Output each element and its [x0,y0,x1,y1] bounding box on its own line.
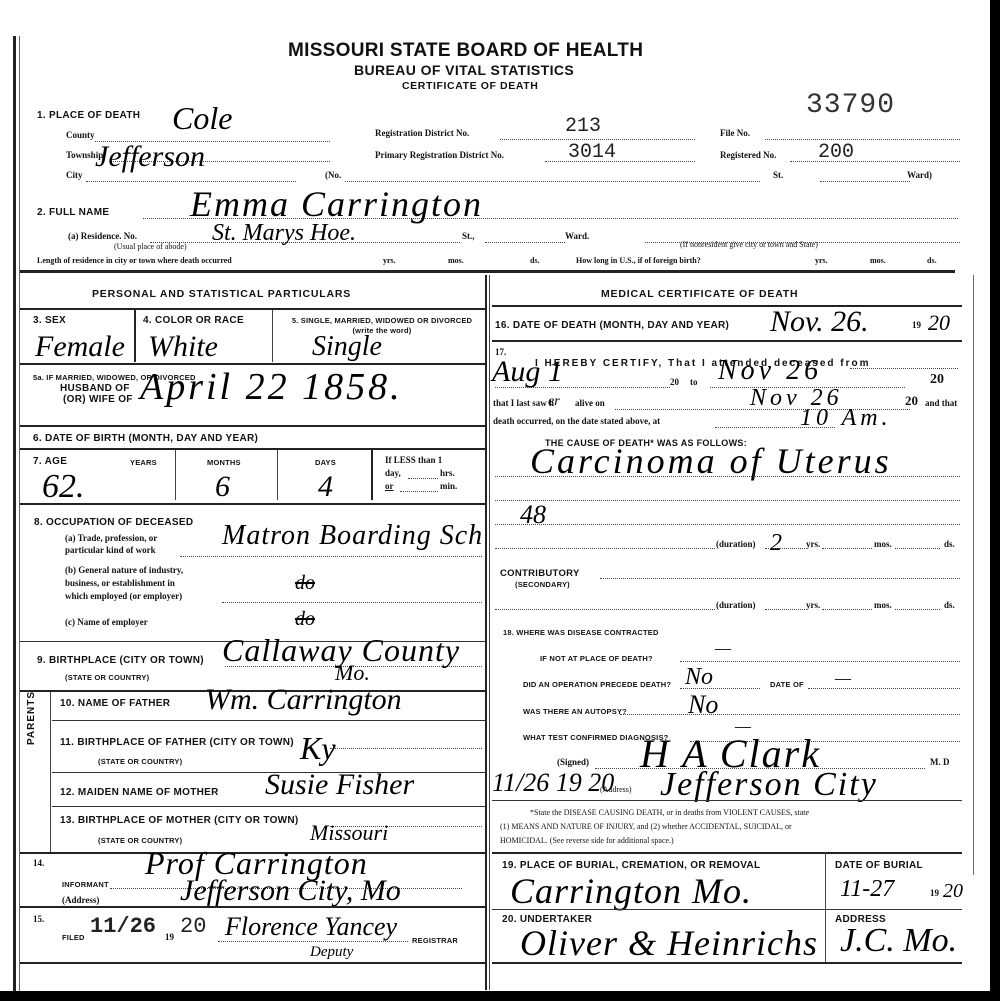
contributory-mos-label: mos. [874,600,892,610]
to-label: to [690,377,698,387]
file-no-label: File No. [720,128,750,138]
occupation-c-label: (c) Name of employer [65,617,148,627]
footnote-line-3: HOMICIDAL. (See reverse side for additio… [500,836,674,845]
deputy-value: Deputy [310,944,353,961]
filed-label: FILED [62,933,85,942]
less-hrs-label: hrs. [440,468,455,478]
father-birthplace-value: Ky [300,730,336,767]
footnote-line-2: (1) MEANS AND NATURE OF INJURY, and (2) … [500,822,792,831]
registration-district-label: Registration District No. [375,128,469,138]
date-of-birth-label: 6. DATE OF BIRTH (MONTH, DAY AND YEAR) [33,433,258,444]
county-label: County [66,130,95,140]
occupation-label: 8. OCCUPATION OF DECEASED [34,517,193,528]
mother-birthplace-state-label: (STATE OR COUNTRY) [98,836,182,845]
signed-label: (Signed) [557,757,589,767]
residence-label: (a) Residence. No. [68,231,137,241]
occupation-c-value: do [295,608,315,631]
filed-year-value: 20 [180,914,206,939]
where-contracted-label: 18. WHERE WAS DISEASE CONTRACTED [503,628,659,637]
filed-year-prefix: 19 [165,932,174,942]
age-years-value: 62. [42,468,85,506]
residence-street-label: St., [462,231,475,241]
less-min-label: min. [440,481,457,491]
informant-address-label: (Address) [62,895,99,905]
burial-place-value: Carrington Mo. [510,870,752,912]
nonresident-note: (If nonresident give city or town and St… [680,240,818,249]
primary-district-value: 3014 [568,141,616,164]
occupation-b-label-3: which employed (or employer) [65,591,182,601]
us-ds-label: ds. [927,256,937,265]
duration-mos-label: mos. [874,539,892,549]
death-certificate: MISSOURI STATE BOARD OF HEALTH BUREAU OF… [0,0,1000,1001]
and-that-label: and that [925,398,957,408]
duration-ds-label: ds. [944,539,955,549]
usual-abode-note: (Usual place of abode) [114,242,187,251]
operation-label: DID AN OPERATION PRECEDE DEATH? [523,680,671,689]
certificate-title: CERTIFICATE OF DEATH [402,80,538,92]
us-yrs-label: yrs. [815,256,828,265]
attended-to-value: Nov 26 [718,355,822,387]
cause-line-2-value: 48 [520,500,546,530]
less-or-label: or [385,481,394,491]
if-not-place-label: IF NOT AT PLACE OF DEATH? [540,654,653,663]
burial-date-label: DATE OF BURIAL [835,860,923,871]
how-long-in-us-label: How long in U.S., if of foreign birth? [576,256,701,265]
registered-no-value: 200 [818,141,854,164]
house-no-label: (No. [325,170,341,180]
secondary-label: (SECONDARY) [515,580,570,589]
length-of-residence-label: Length of residence in city or town wher… [37,256,232,265]
months-label: MONTHS [207,458,241,467]
alive-on-label: alive on [575,398,605,408]
contributory-duration-label: (duration) [716,600,756,610]
days-label: DAYS [315,458,336,467]
occupation-a-label-2: particular kind of work [65,545,156,555]
marital-status-value: Single [312,331,382,363]
registration-district-value: 213 [565,115,601,138]
dod-year-value: 20 [928,310,950,336]
father-birthplace-label: 11. BIRTHPLACE OF FATHER (CITY OR TOWN) [60,737,294,748]
duration-yrs-label: yrs. [806,539,820,549]
age-months-value: 6 [215,470,230,504]
mother-name-label: 12. MAIDEN NAME OF MOTHER [60,787,219,798]
signed-date-value: 11/26 19 20 [492,768,614,798]
personal-section-title: PERSONAL AND STATISTICAL PARTICULARS [92,288,351,300]
last-saw-label: that I last saw h [493,398,554,408]
contributory-yrs-label: yrs. [806,600,820,610]
residence-yrs-label: yrs. [383,256,396,265]
father-name-label: 10. NAME OF FATHER [60,698,170,709]
city-label: City [66,170,83,180]
to-year-value: 20 [930,372,944,388]
residence-ward-label: Ward. [565,231,589,241]
bottom-scan-edge [0,991,1000,1001]
spouse-value: April 22 1858. [140,365,403,409]
duration-value: 2 [770,530,782,557]
primary-district-label: Primary Registration District No. [375,150,504,160]
operation-date-label: DATE OF [770,680,804,689]
mother-name-value: Susie Fisher [265,768,414,802]
us-mos-label: mos. [870,256,886,265]
informant-label: INFORMANT [62,880,109,889]
medical-section-title: MEDICAL CERTIFICATE OF DEATH [601,288,798,300]
duration-label: (duration) [716,539,756,549]
autopsy-value: No [688,690,718,720]
contributory-ds-label: ds. [944,600,955,610]
race-label: 4. COLOR OR RACE [143,315,244,326]
death-time-value: 10 Am. [800,405,892,432]
residence-mos-label: mos. [448,256,464,265]
operation-value: No [685,664,713,691]
mother-birthplace-value: Missouri [310,820,388,846]
occupation-b-value: do [295,572,315,595]
registrar-label: REGISTRAR [412,936,458,945]
city-value: Jefferson [95,140,205,174]
full-name-value: Emma Carrington [190,183,483,225]
death-occurred-label: death occurred, on the date stated above… [493,416,660,426]
registered-no-label: Registered No. [720,150,776,160]
physician-address-label: (Address) [600,785,632,794]
sex-value: Female [35,330,125,364]
birthplace-state-label: (STATE OR COUNTRY) [65,673,149,682]
sex-label: 3. SEX [33,315,66,326]
burial-year-value: 20 [943,880,963,903]
mother-birthplace-label: 13. BIRTHPLACE OF MOTHER (CITY OR TOWN) [60,815,299,826]
left-border [13,36,16,996]
filed-number: 15. [33,914,44,924]
undertaker-address-value: J.C. Mo. [840,922,957,960]
race-value: White [148,330,218,364]
footnote-line-1: *State the DISEASE CAUSING DEATH, or in … [530,808,809,817]
burial-date-value: 11-27 [840,876,894,903]
years-label: YEARS [130,458,157,467]
board-title: MISSOURI STATE BOARD OF HEALTH [288,40,643,62]
md-label: M. D [930,757,950,767]
filed-date-value: 11/26 [90,914,156,939]
birthplace-label: 9. BIRTHPLACE (CITY OR TOWN) [37,655,204,666]
occupation-b-label-2: business, or establishment in [65,578,175,588]
dod-year-prefix: 19 [912,320,921,330]
from-year-value: 20 [670,377,679,387]
full-name-label: 2. FULL NAME [37,207,109,218]
right-scan-edge [990,0,1000,1001]
last-saw-year: 20 [905,393,918,409]
operation-date-value: — [835,668,851,689]
registrar-name-value: Florence Yancey [225,912,397,942]
spouse-label-2: HUSBAND OF [60,383,130,394]
undertaker-value: Oliver & Heinrichs [520,922,818,964]
autopsy-label: WAS THERE AN AUTOPSY? [523,707,627,716]
contributory-label: CONTRIBUTORY [500,568,580,579]
date-of-death-label: 16. DATE OF DEATH (MONTH, DAY AND YEAR) [495,320,729,331]
place-of-death-label: 1. PLACE OF DEATH [37,110,140,121]
occupation-a-value: Matron Boarding Sch [222,520,483,552]
less-than-one-label: If LESS than 1 [385,455,442,465]
occupation-b-label-1: (b) General nature of industry, [65,565,183,575]
date-of-death-value: Nov. 26. [770,305,869,339]
father-birthplace-state-label: (STATE OR COUNTRY) [98,757,182,766]
informant-number: 14. [33,858,44,868]
informant-address-value: Jefferson City, Mo [180,874,401,908]
less-day-label: day, [385,468,401,478]
if-not-place-value: — [715,638,731,659]
age-days-value: 4 [318,470,333,504]
residence-ds-label: ds. [530,256,540,265]
county-value: Cole [172,100,232,137]
spouse-label-3: (OR) WIFE OF [63,394,133,405]
stamp-number: 33790 [806,90,895,121]
occupation-a-label-1: (a) Trade, profession, or [65,533,157,543]
ward-label: Ward) [907,170,932,180]
burial-year-prefix: 19 [930,888,939,898]
last-saw-her-value: er [548,394,560,410]
father-name-value: Wm. Carrington [205,683,402,717]
residence-value: St. Marys Hoe. [212,220,356,247]
age-label: 7. AGE [33,456,67,467]
attended-from-value: Aug 1 [492,355,563,389]
bureau-title: BUREAU OF VITAL STATISTICS [354,62,574,78]
physician-address-value: Jefferson City [660,766,878,804]
street-label: St. [773,170,783,180]
parents-side-label: PARENTS [26,691,37,745]
